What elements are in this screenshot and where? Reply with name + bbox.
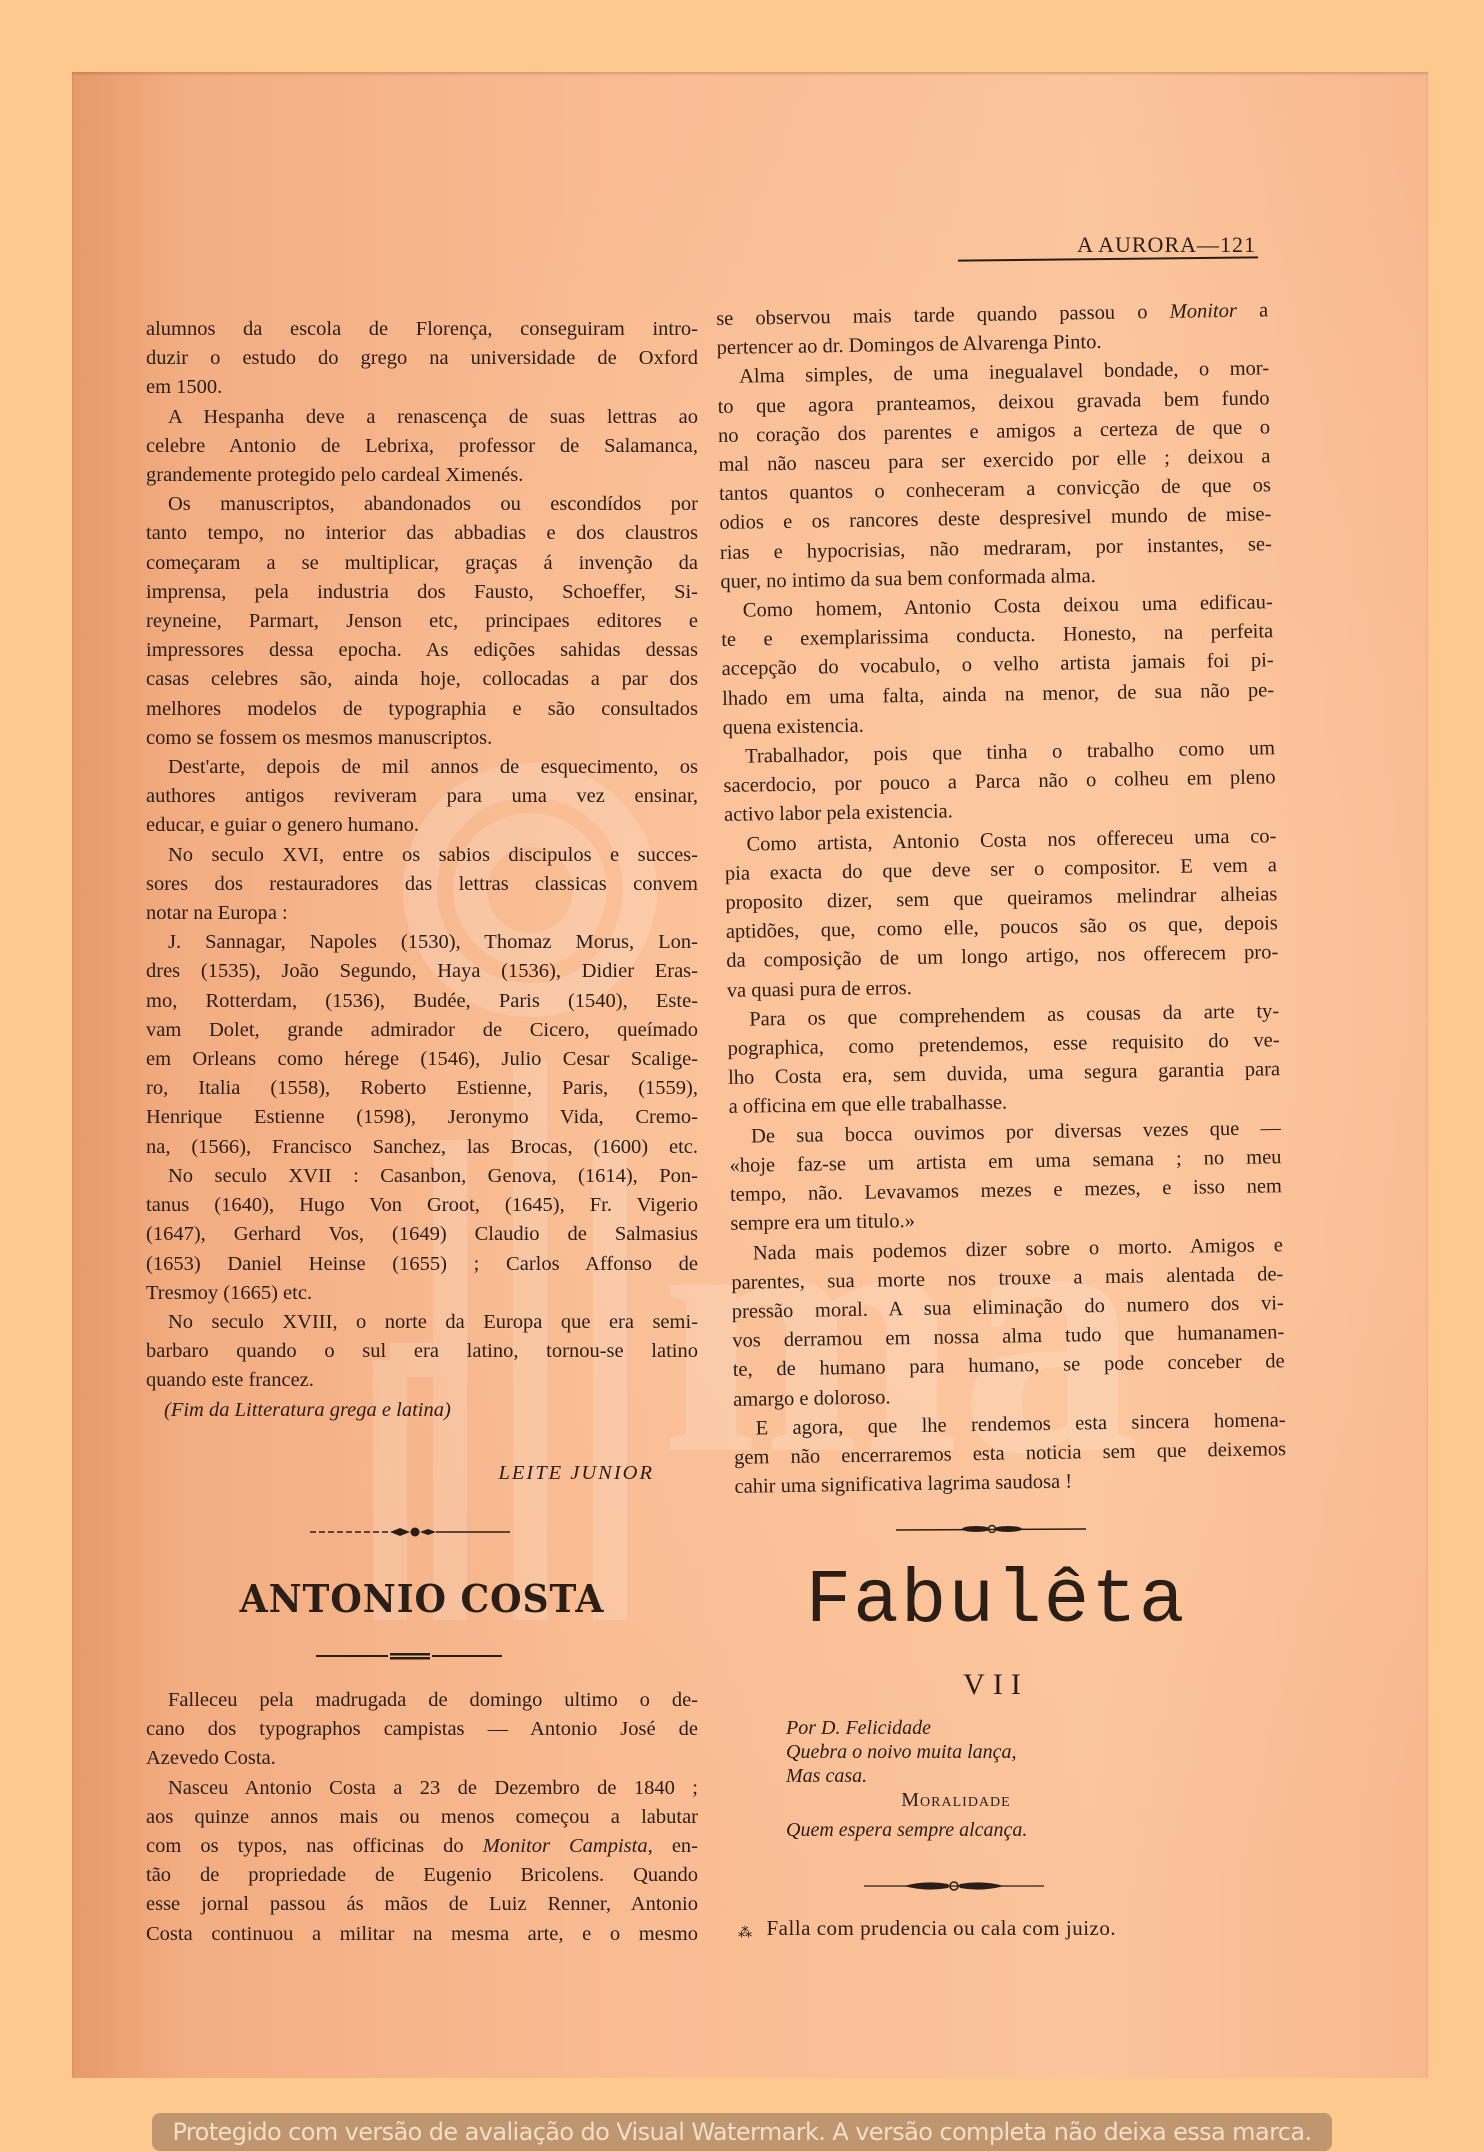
text-line: em 1500. xyxy=(146,373,698,402)
text-line: Azevedo Costa. xyxy=(146,1744,698,1773)
text-line: aos quinze annos mais ou menos começou a… xyxy=(146,1803,698,1832)
text-line: quando este francez. xyxy=(146,1366,698,1395)
text-line: como se fossem os mesmos manuscriptos. xyxy=(146,724,698,753)
text-line: celebre Antonio de Lebrixa, professor de… xyxy=(146,432,698,461)
fable-body: Por D. Felicidade Quebra o noivo muita l… xyxy=(786,1716,1246,1842)
text-line: grandemente protegido pelo cardeal Ximen… xyxy=(146,461,698,490)
text-line: esse jornal passou ás mãos de Luiz Renne… xyxy=(146,1890,698,1919)
obituary-title: ANTONIO COSTA xyxy=(160,1576,684,1621)
moral-label: Moralidade xyxy=(786,1788,1246,1812)
fable-verse-1: Quebra o noivo muita lança, xyxy=(786,1740,1246,1764)
asterism-icon: ⁂ xyxy=(738,1926,753,1941)
text-line: com os typos, nas officinas do Monitor C… xyxy=(146,1832,698,1861)
text-line: casas celebres são, ainda hoje, collocad… xyxy=(146,665,698,694)
text-line: (1647), Gerhard Vos, (1649) Claudio de S… xyxy=(146,1220,698,1249)
text-line: dres (1535), João Segundo, Haya (1536), … xyxy=(146,957,698,986)
text-line: No seculo XVII : Casanbon, Genova, (1614… xyxy=(146,1162,698,1191)
ornament-divider-4 xyxy=(864,1880,1044,1890)
text-line: vam Dolet, grande admirador de Cicero, q… xyxy=(146,1016,698,1045)
watermark-banner: Protegido com versão de avaliação do Vis… xyxy=(152,2113,1332,2151)
text-line: Henrique Estienne (1598), Jeronymo Vida,… xyxy=(146,1103,698,1132)
text-line: authores antigos reviveram para uma vez … xyxy=(146,782,698,811)
fable-author: Por D. Felicidade xyxy=(786,1716,1246,1740)
text-line: reyneine, Parmart, Jenson etc, principae… xyxy=(146,607,698,636)
obituary-continuation-lines: se observou mais tarde quando passou o M… xyxy=(716,296,1287,1502)
text-line: No seculo XVIII, o norte da Europa que e… xyxy=(146,1308,698,1337)
text-line: No seculo XVI, entre os sabios discipulo… xyxy=(146,841,698,870)
text-line: alumnos da escola de Florença, conseguir… xyxy=(146,315,698,344)
ornament-divider-1 xyxy=(310,1527,510,1537)
text-line: (1653) Daniel Heinse (1655) ; Carlos Aff… xyxy=(146,1250,698,1279)
left-column-article: alumnos da escola de Florença, conseguir… xyxy=(146,315,698,1488)
obituary-body-lines: Falleceu pela madrugada de domingo ultim… xyxy=(146,1686,698,1949)
text-line: imprensa, pela industria dos Fausto, Sch… xyxy=(146,578,698,607)
article-end-note: (Fim da Litteratura grega e latina) xyxy=(146,1396,698,1425)
closing-saying: ⁂Falla com prudencia ou cala com juizo. xyxy=(738,1916,1298,1942)
text-line: Dest'arte, depois de mil annos de esquec… xyxy=(146,753,698,782)
text-line: duzir o estudo do grego na universidade … xyxy=(146,344,698,373)
text-line: A Hespanha deve a renascença de suas let… xyxy=(146,403,698,432)
article-body-lines: alumnos da escola de Florença, conseguir… xyxy=(146,315,698,1396)
text-line: cano dos typographos campistas — Antonio… xyxy=(146,1715,698,1744)
author-signature: LEITE JUNIOR xyxy=(146,1459,698,1488)
text-line: sores dos restauradores das lettras clas… xyxy=(146,870,698,899)
fable-number: VII xyxy=(720,1668,1272,1702)
text-line: Falleceu pela madrugada de domingo ultim… xyxy=(146,1686,698,1715)
text-line: melhores modelos de typographia e são co… xyxy=(146,695,698,724)
text-line: Os manuscriptos, abandonados ou escondíd… xyxy=(146,490,698,519)
text-line: tanus (1640), Hugo Von Groot, (1645), Fr… xyxy=(146,1191,698,1220)
text-line: começaram a se multiplicar, graças á inv… xyxy=(146,549,698,578)
right-column-article: se observou mais tarde quando passou o M… xyxy=(716,296,1287,1502)
text-line: Nasceu Antonio Costa a 23 de Dezembro de… xyxy=(146,1774,698,1803)
text-line: J. Sannagar, Napoles (1530), Thomaz Moru… xyxy=(146,928,698,957)
text-line: impressores dessa epocha. As edições sah… xyxy=(146,636,698,665)
ornament-divider-3 xyxy=(896,1524,1086,1534)
text-line: Costa continuou a militar na mesma arte,… xyxy=(146,1920,698,1949)
moral-text: Quem espera sempre alcança. xyxy=(786,1818,1246,1842)
running-head: A AURORA—121 xyxy=(960,232,1276,258)
text-line: ro, Italia (1558), Roberto Estienne, Par… xyxy=(146,1074,698,1103)
text-line: notar na Europa : xyxy=(146,899,698,928)
fable-title: Fabulêta xyxy=(720,1558,1272,1644)
text-line: tanto tempo, no interior das abbadias e … xyxy=(146,519,698,548)
text-line: mo, Rotterdam, (1536), Budée, Paris (154… xyxy=(146,987,698,1016)
text-line: tão de propriedade de Eugenio Bricolens.… xyxy=(146,1861,698,1890)
text-line: educar, e guiar o genero humano. xyxy=(146,811,698,840)
fable-verse-2: Mas casa. xyxy=(786,1764,1246,1788)
obituary-body: Falleceu pela madrugada de domingo ultim… xyxy=(146,1686,698,1949)
text-line: Tresmoy (1665) etc. xyxy=(146,1279,698,1308)
saying-text: Falla com prudencia ou cala com juizo. xyxy=(767,1916,1117,1940)
ornament-divider-2 xyxy=(316,1651,502,1661)
text-line: em Orleans como hérege (1546), Julio Ces… xyxy=(146,1045,698,1074)
text-line: barbaro quando o sul era latino, tornou-… xyxy=(146,1337,698,1366)
text-line: na, (1566), Francisco Sanchez, las Broca… xyxy=(146,1133,698,1162)
